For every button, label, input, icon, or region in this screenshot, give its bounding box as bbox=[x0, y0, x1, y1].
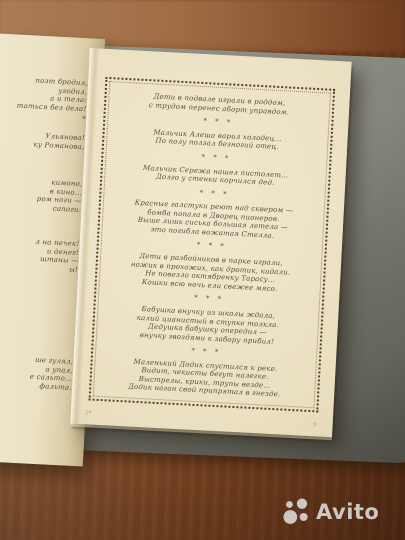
avito-watermark: Avito bbox=[282, 497, 379, 527]
avito-logo-icon bbox=[282, 497, 312, 527]
poem-fragment: поэт бродил, угодил, а и тела: таться бе… bbox=[0, 74, 88, 113]
poem-stanza: Маленький Додик спустился к реке. Видит,… bbox=[95, 356, 314, 401]
poem-fragment: ше гулял, а упал, е сальто... фальта. bbox=[0, 353, 73, 392]
printer-mark: 2* bbox=[85, 410, 92, 416]
poem-stanza: Дети в разбойников в парке играли, ножик… bbox=[101, 250, 320, 295]
poem-fragment: л на печек! и денег! штаны — ы! bbox=[0, 235, 80, 274]
poem-stanza: Бабушка внучку из школы ждала, калий циа… bbox=[98, 303, 317, 348]
poem-stanza: Красные галстуки реют над сквером — бомб… bbox=[103, 197, 322, 242]
avito-watermark-label: Avito bbox=[316, 500, 379, 524]
page-number: 9 bbox=[313, 422, 317, 428]
poem-fragment: кимоно, в кино... ром ноги — сапоги. bbox=[0, 175, 83, 214]
ornamental-border: Дети в подвале играли в роддом, с трудом… bbox=[89, 77, 336, 413]
poem-fragment: Ульянова! ку Романова, bbox=[0, 129, 85, 151]
book-right-page: Дети в подвале играли в роддом, с трудом… bbox=[70, 48, 351, 437]
